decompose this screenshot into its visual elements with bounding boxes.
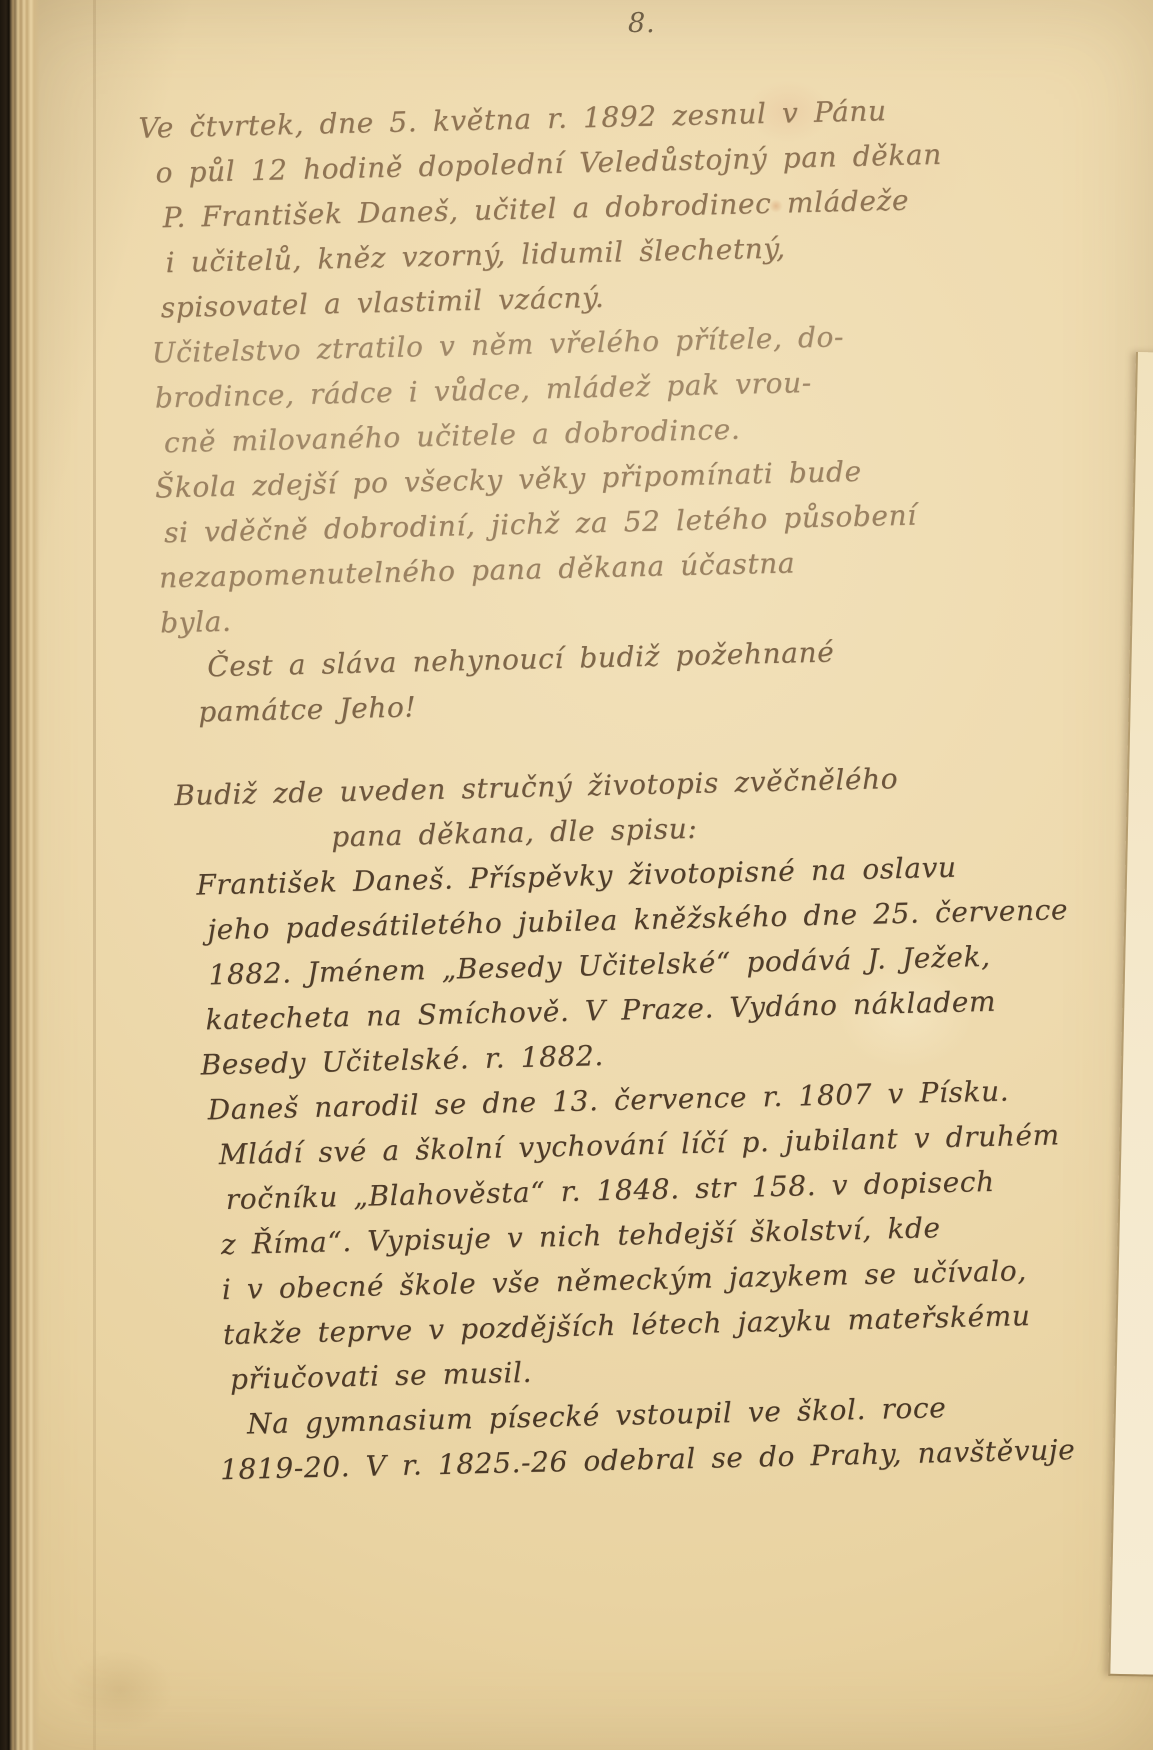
paper-crease-line: [93, 0, 96, 1750]
paragraph-teachers-loss: Učitelstvo ztratilo v něm vřelého přítel…: [133, 309, 1057, 466]
page-number: 8.: [628, 8, 656, 39]
paragraph-obituary-announcement: Ve čtvrtek, dne 5. května r. 1892 zesnul…: [128, 84, 1054, 331]
paragraph-publication-citation: František Daneš. Příspěvky životopisné n…: [146, 842, 1072, 1089]
manuscript-page: 8. Ve čtvrtek, dne 5. května r. 1892 zes…: [0, 0, 1153, 1750]
paragraph-school-gratitude: Škola zdejší po všecky věky připomínati …: [136, 444, 1061, 646]
handwritten-text-block: Ve čtvrtek, dne 5. května r. 1892 zesnul…: [128, 84, 1081, 1493]
paragraph-birth-and-youth: Daneš narodil se dne 13. července r. 180…: [151, 1067, 1079, 1404]
book-binding-edge: [0, 0, 40, 1750]
underlying-page-edge: [1108, 352, 1153, 1677]
